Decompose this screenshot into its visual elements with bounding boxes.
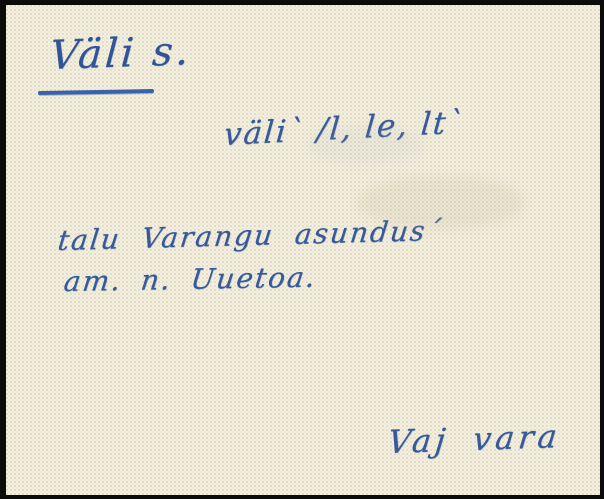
parish-name-signature: Vaj vara xyxy=(386,417,563,461)
official-name-note-line: am. n. Uuetoa. xyxy=(62,261,319,298)
dialect-case-forms-line: väli` /l, le, lt` xyxy=(222,104,466,153)
index-card-paper: Väli s. väli` /l, le, lt` talu Varangu a… xyxy=(6,5,600,495)
heading-underline-stroke xyxy=(38,89,154,95)
location-note-line: talu Varangu asundus´ xyxy=(56,214,444,257)
card-heading-place-name: Väli s. xyxy=(48,28,193,79)
scanned-archive-card: Väli s. väli` /l, le, lt` talu Varangu a… xyxy=(0,0,604,499)
